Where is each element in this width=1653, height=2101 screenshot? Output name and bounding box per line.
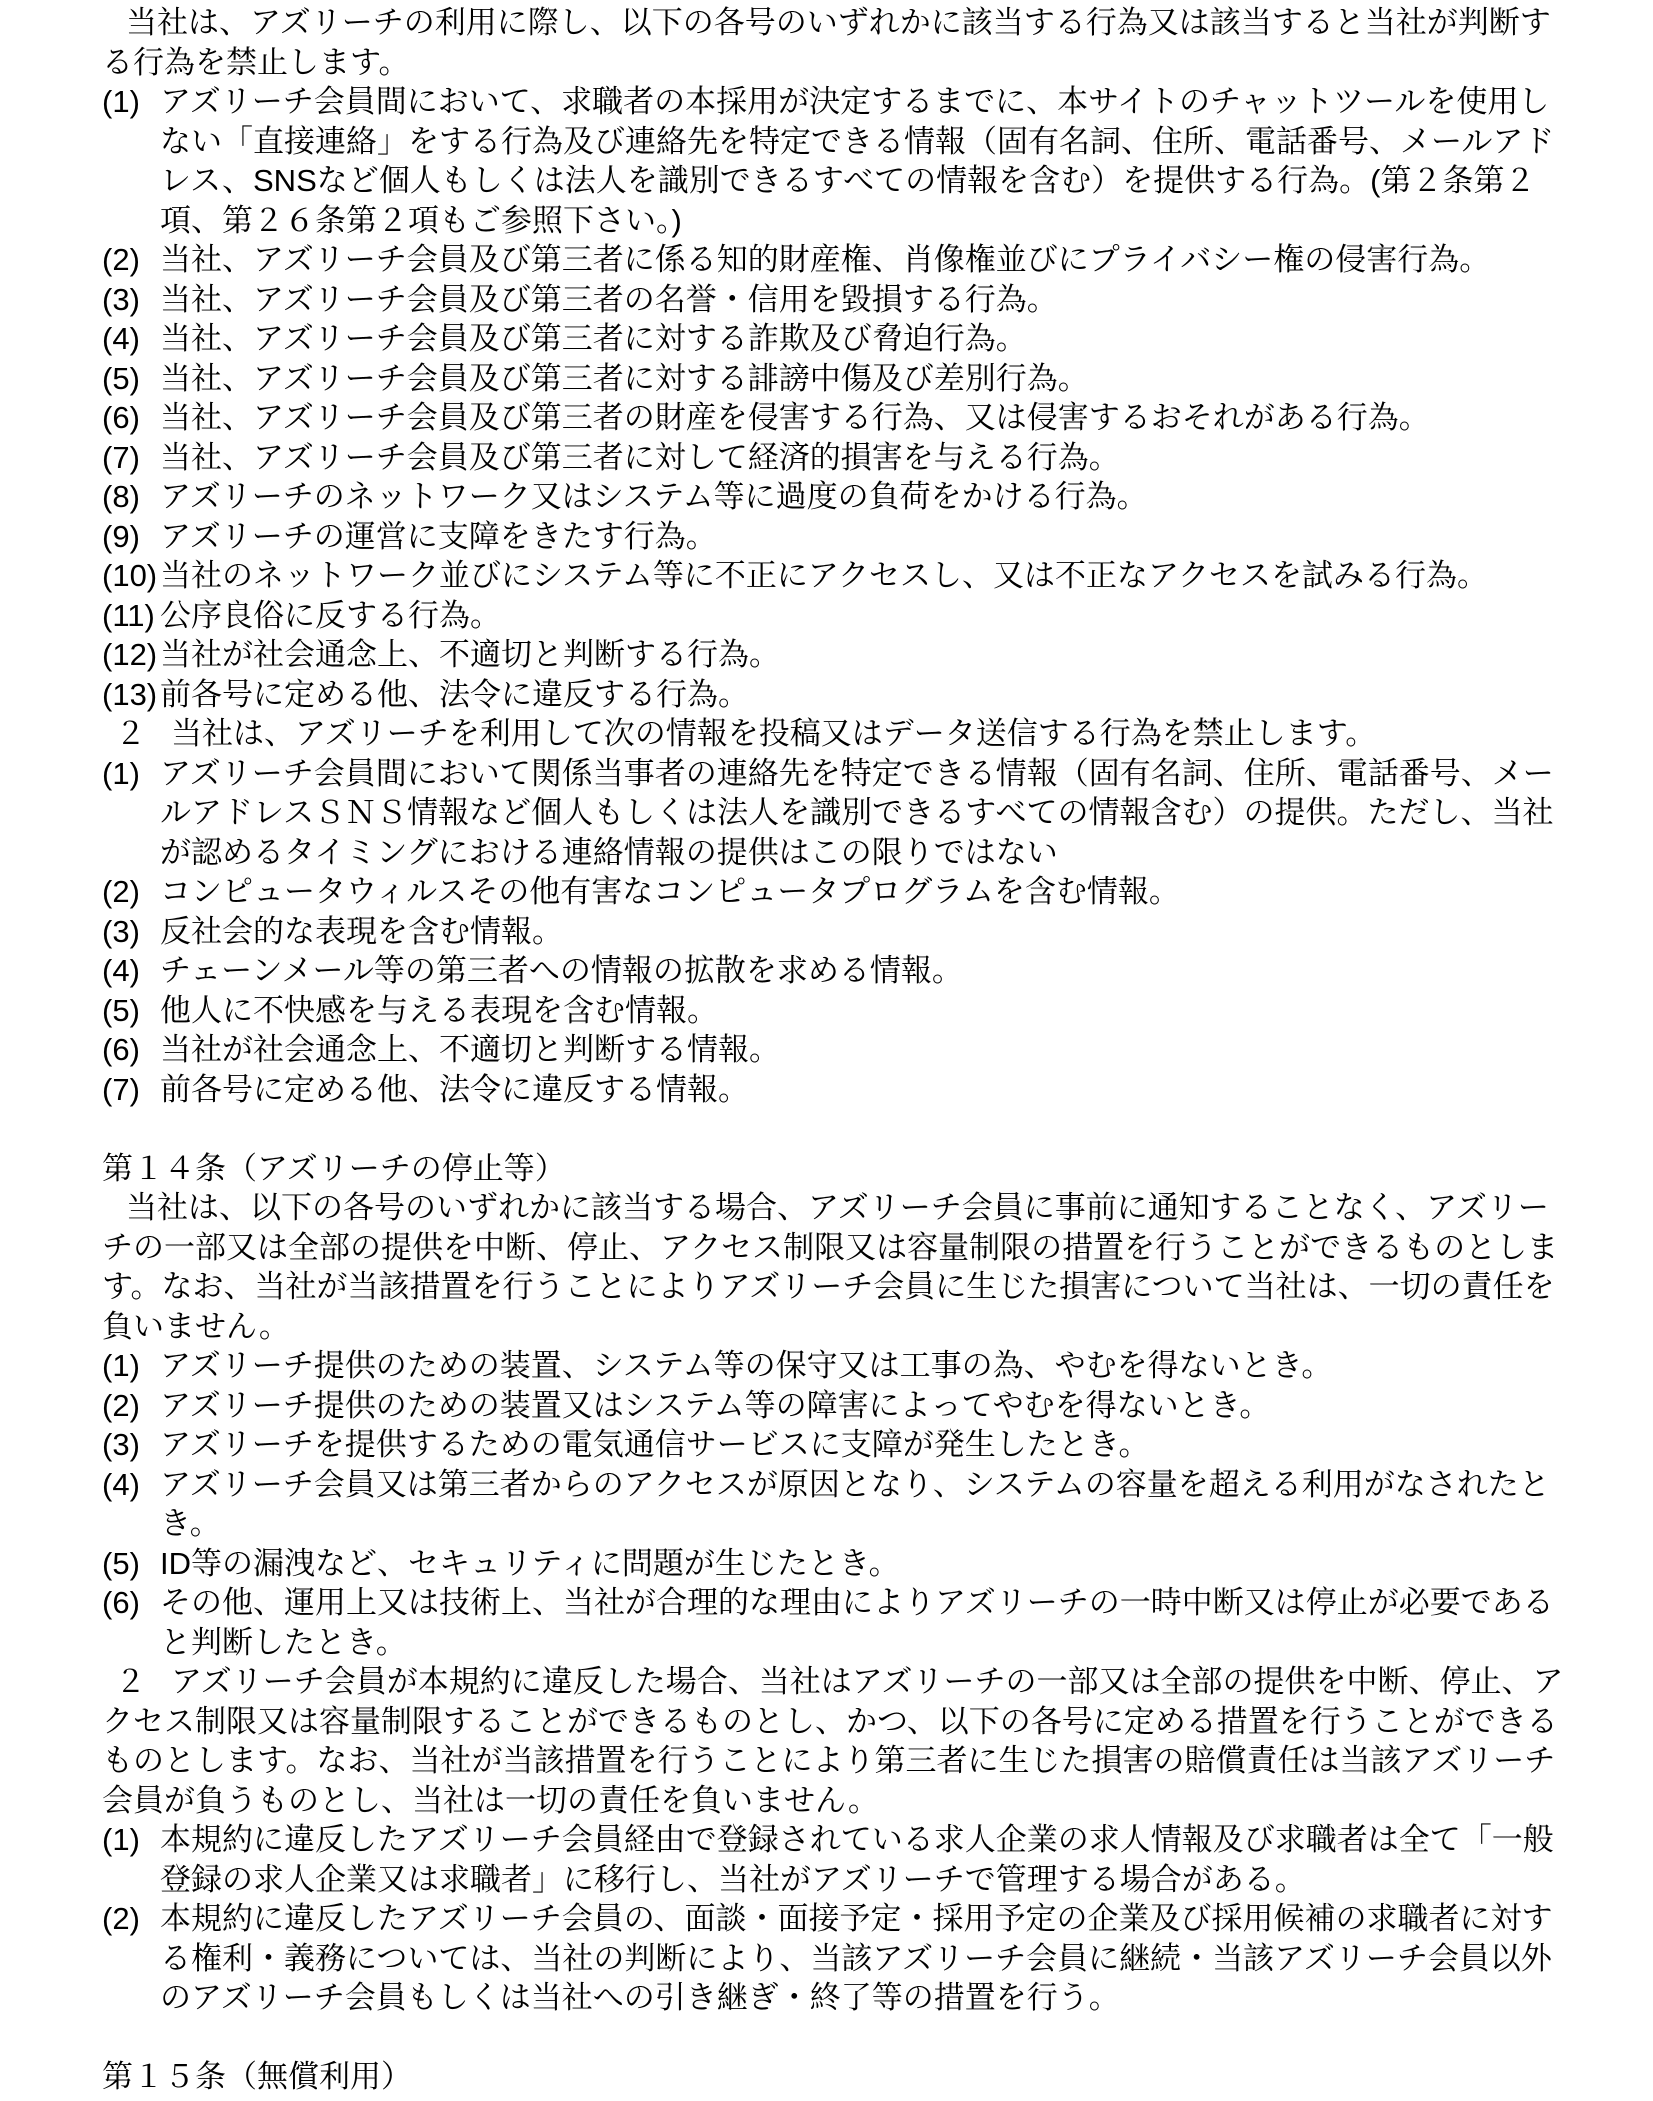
item-text: 反社会的な表現を含む情報。 (160, 914, 563, 949)
list-item: (11)公序良俗に反する行為。 (102, 596, 1568, 636)
item-text: アズリーチ会員間において関係当事者の連絡先を特定できる情報（固有名詞、住所、電話… (160, 756, 1554, 870)
item-text: 当社が社会通念上、不適切と判断する行為。 (160, 637, 780, 672)
list-item: (1)アズリーチ会員間において関係当事者の連絡先を特定できる情報（固有名詞、住所… (102, 754, 1568, 873)
paragraph-number: ２ (115, 716, 146, 751)
item-number: (11) (102, 596, 155, 636)
item-number: (3) (102, 912, 140, 952)
item-text: 当社が社会通念上、不適切と判断する情報。 (160, 1032, 780, 1067)
list-item: (7)当社、アズリーチ会員及び第三者に対して経済的損害を与える行為。 (102, 438, 1568, 478)
item-text: 当社、アズリーチ会員及び第三者の名誉・信用を毀損する行為。 (160, 282, 1058, 317)
list-item: (3)当社、アズリーチ会員及び第三者の名誉・信用を毀損する行為。 (102, 280, 1568, 320)
item-number: (1) (102, 1820, 140, 1860)
list-item: (2)アズリーチ提供のための装置又はシステム等の障害によってやむを得ないとき。 (102, 1386, 1568, 1426)
item-text: アズリーチ提供のための装置又はシステム等の障害によってやむを得ないとき。 (160, 1388, 1270, 1423)
list-item: (2)当社、アズリーチ会員及び第三者に係る知的財産権、肖像権並びにプライバシー権… (102, 240, 1568, 280)
item-number: (1) (102, 754, 140, 794)
list-item: (1)アズリーチ会員間において、求職者の本採用が決定するまでに、本サイトのチャッ… (102, 82, 1568, 240)
list-item: (6)その他、運用上又は技術上、当社が合理的な理由によりアズリーチの一時中断又は… (102, 1583, 1568, 1662)
list-item: (9)アズリーチの運営に支障をきたす行為。 (102, 517, 1568, 557)
item-text: その他、運用上又は技術上、当社が合理的な理由によりアズリーチの一時中断又は停止が… (160, 1585, 1554, 1660)
item-text: 当社、アズリーチ会員及び第三者に対して経済的損害を与える行為。 (160, 440, 1120, 475)
item-text: アズリーチの運営に支障をきたす行為。 (160, 519, 717, 554)
item-number: (5) (102, 359, 140, 399)
item-number: (6) (102, 398, 140, 438)
item-text: アズリーチを提供するための電気通信サービスに支障が発生したとき。 (160, 1427, 1150, 1462)
paragraph-number: ２ (115, 1664, 146, 1699)
item-text: 前各号に定める他、法令に違反する情報。 (160, 1072, 749, 1107)
item-number: (3) (102, 1425, 140, 1465)
item-number: (7) (102, 1070, 140, 1110)
item-text: チェーンメール等の第三者への情報の拡散を求める情報。 (160, 953, 963, 988)
item-number: (9) (102, 517, 140, 557)
item-text: 当社、アズリーチ会員及び第三者に係る知的財産権、肖像権並びにプライバシー権の侵害… (160, 242, 1490, 277)
item-text: 当社、アズリーチ会員及び第三者に対する誹謗中傷及び差別行為。 (160, 361, 1089, 396)
paragraph: 当社は、以下の各号のいずれかに該当する場合、アズリーチ会員に事前に通知することな… (102, 1188, 1568, 1346)
item-text: 当社のネットワーク並びにシステム等に不正にアクセスし、又は不正なアクセスを試みる… (160, 558, 1488, 593)
list-item: (10)当社のネットワーク並びにシステム等に不正にアクセスし、又は不正なアクセス… (102, 556, 1568, 596)
item-text: ID等の漏洩など、セキュリティに問題が生じたとき。 (160, 1546, 900, 1581)
item-text: アズリーチ会員間において、求職者の本採用が決定するまでに、本サイトのチャットツー… (160, 84, 1554, 238)
item-number: (13) (102, 675, 157, 715)
item-text: 本規約に違反したアズリーチ会員の、面談・面接予定・採用予定の企業及び採用候補の求… (160, 1901, 1553, 2015)
item-number: (2) (102, 240, 140, 280)
list-item: (4)アズリーチ会員又は第三者からのアクセスが原因となり、システムの容量を超える… (102, 1465, 1568, 1544)
paragraph-text: 当社は、アズリーチを利用して次の情報を投稿又はデータ送信する行為を禁止します。 (171, 716, 1376, 751)
item-number: (7) (102, 438, 140, 478)
paragraph-text: アズリーチ会員が本規約に違反した場合、当社はアズリーチの一部又は全部の提供を中断… (102, 1664, 1564, 1818)
item-text: アズリーチのネットワーク又はシステム等に過度の負荷をかける行為。 (160, 479, 1148, 514)
item-number: (8) (102, 477, 140, 517)
article-heading: 第１４条（アズリーチの停止等） (102, 1149, 1568, 1189)
item-number: (10) (102, 556, 157, 596)
item-number: (1) (102, 82, 140, 122)
item-text: 当社、アズリーチ会員及び第三者に対する詐欺及び脅迫行為。 (160, 321, 1027, 356)
numbered-paragraph: ２当社は、アズリーチを利用して次の情報を投稿又はデータ送信する行為を禁止します。 (102, 714, 1568, 754)
item-number: (2) (102, 872, 140, 912)
item-number: (5) (102, 991, 140, 1031)
item-text: コンピュータウィルスその他有害なコンピュータプログラムを含む情報。 (160, 874, 1180, 909)
blank-line (102, 1109, 1568, 1149)
item-number: (3) (102, 280, 140, 320)
list-item: (4)チェーンメール等の第三者への情報の拡散を求める情報。 (102, 951, 1568, 991)
list-item: (5)当社、アズリーチ会員及び第三者に対する誹謗中傷及び差別行為。 (102, 359, 1568, 399)
item-text: 当社、アズリーチ会員及び第三者の財産を侵害する行為、又は侵害するおそれがある行為… (160, 400, 1430, 435)
numbered-paragraph: ２アズリーチ会員が本規約に違反した場合、当社はアズリーチの一部又は全部の提供を中… (102, 1662, 1568, 1820)
item-number: (4) (102, 951, 140, 991)
item-text: アズリーチ提供のための装置、システム等の保守又は工事の為、やむを得ないとき。 (160, 1348, 1332, 1383)
list-item: (3)アズリーチを提供するための電気通信サービスに支障が発生したとき。 (102, 1425, 1568, 1465)
list-item: (6)当社が社会通念上、不適切と判断する情報。 (102, 1030, 1568, 1070)
item-number: (4) (102, 1465, 140, 1505)
list-item: (3)反社会的な表現を含む情報。 (102, 912, 1568, 952)
item-text: アズリーチ会員又は第三者からのアクセスが原因となり、システムの容量を超える利用が… (160, 1467, 1550, 1542)
list-item: (8)アズリーチのネットワーク又はシステム等に過度の負荷をかける行為。 (102, 477, 1568, 517)
list-item: (13)前各号に定める他、法令に違反する行為。 (102, 675, 1568, 715)
list-item: (1)アズリーチ提供のための装置、システム等の保守又は工事の為、やむを得ないとき… (102, 1346, 1568, 1386)
list-item: (12)当社が社会通念上、不適切と判断する行為。 (102, 635, 1568, 675)
list-item: (2)コンピュータウィルスその他有害なコンピュータプログラムを含む情報。 (102, 872, 1568, 912)
item-number: (2) (102, 1899, 140, 1939)
blank-line (102, 2018, 1568, 2058)
item-number: (5) (102, 1544, 140, 1584)
list-item: (6)当社、アズリーチ会員及び第三者の財産を侵害する行為、又は侵害するおそれがあ… (102, 398, 1568, 438)
item-text: 本規約に違反したアズリーチ会員経由で登録されている求人企業の求人情報及び求職者は… (160, 1822, 1554, 1897)
list-item: (4)当社、アズリーチ会員及び第三者に対する詐欺及び脅迫行為。 (102, 319, 1568, 359)
list-item: (1)本規約に違反したアズリーチ会員経由で登録されている求人企業の求人情報及び求… (102, 1820, 1568, 1899)
item-text: 前各号に定める他、法令に違反する行為。 (160, 677, 749, 712)
item-text: 公序良俗に反する行為。 (160, 598, 501, 633)
list-item: (5)他人に不快感を与える表現を含む情報。 (102, 991, 1568, 1031)
item-number: (2) (102, 1386, 140, 1426)
item-number: (6) (102, 1583, 140, 1623)
item-number: (12) (102, 635, 157, 675)
paragraph: 当社は、アズリーチの利用に際し、以下の各号のいずれかに該当する行為又は該当すると… (102, 3, 1568, 82)
list-item: (7)前各号に定める他、法令に違反する情報。 (102, 1070, 1568, 1110)
item-number: (1) (102, 1346, 140, 1386)
item-number: (4) (102, 319, 140, 359)
terms-document: 当社は、アズリーチの利用に際し、以下の各号のいずれかに該当する行為又は該当すると… (0, 3, 1653, 2097)
list-item: (2)本規約に違反したアズリーチ会員の、面談・面接予定・採用予定の企業及び採用候… (102, 1899, 1568, 2018)
item-text: 他人に不快感を与える表現を含む情報。 (160, 993, 718, 1028)
list-item: (5)ID等の漏洩など、セキュリティに問題が生じたとき。 (102, 1544, 1568, 1584)
document-page: 当社は、アズリーチの利用に際し、以下の各号のいずれかに該当する行為又は該当すると… (0, 0, 1653, 2101)
item-number: (6) (102, 1030, 140, 1070)
article-heading: 第１５条（無償利用） (102, 2057, 1568, 2097)
